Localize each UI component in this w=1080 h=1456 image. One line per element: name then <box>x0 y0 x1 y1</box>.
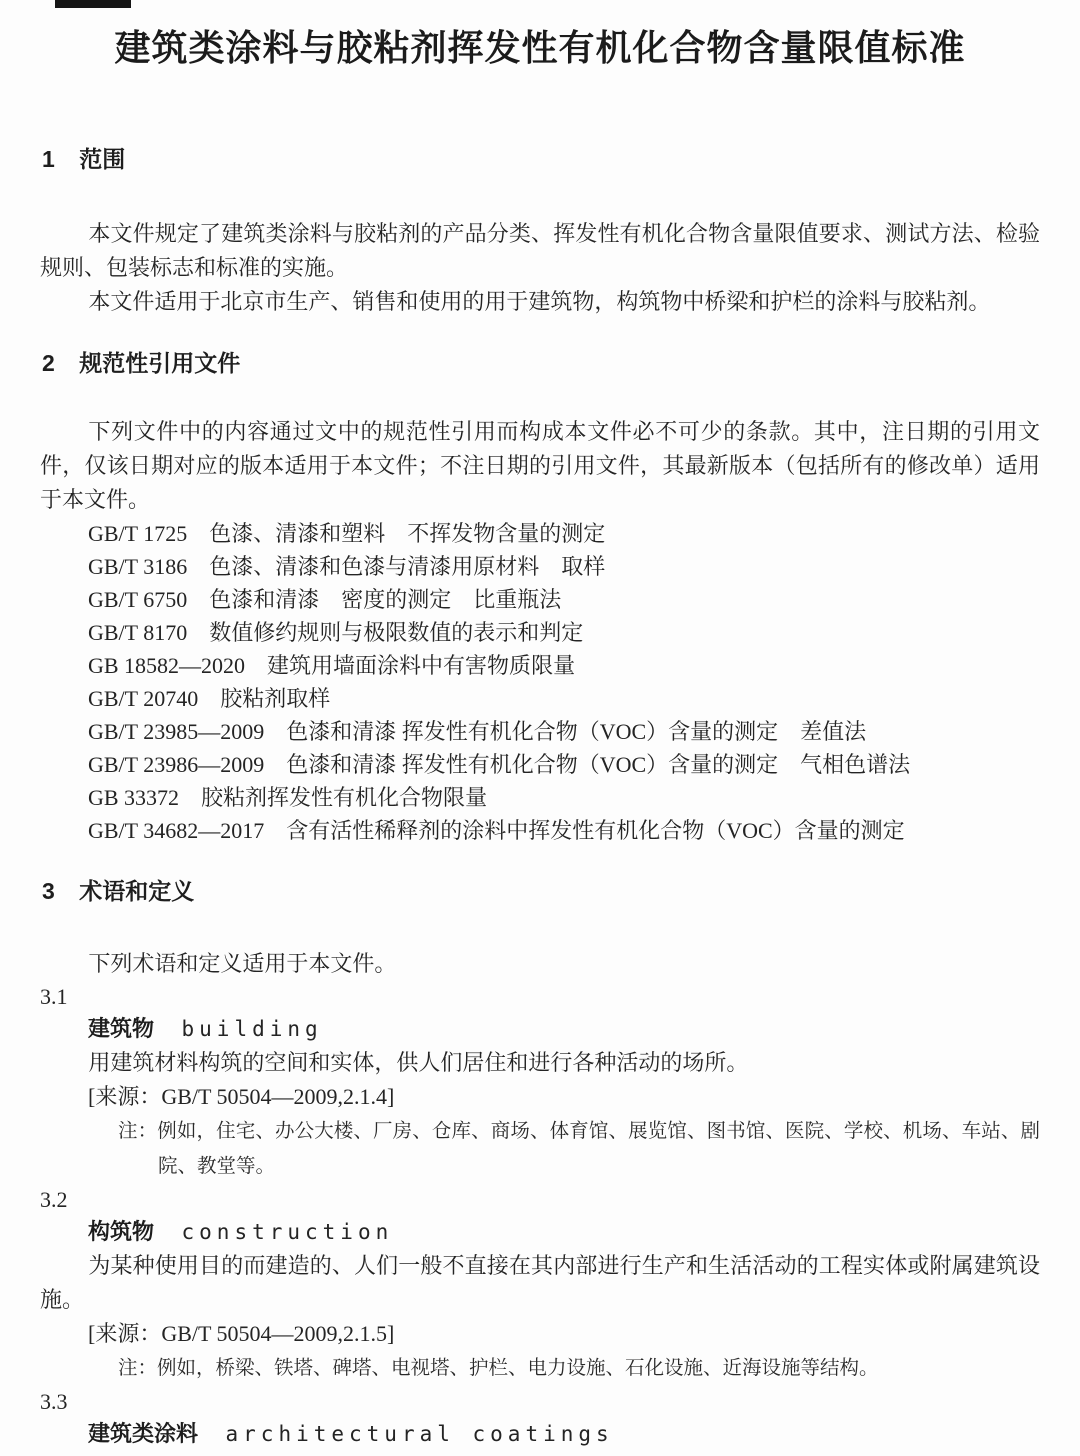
term-3-1-zh: 建筑物 <box>88 1016 154 1041</box>
term-3-2-title: 构筑物 construction <box>88 1215 1040 1249</box>
term-3-1-title: 建筑物 building <box>88 1012 1040 1046</box>
scope-paragraph-1: 本文件规定了建筑类涂料与胶粘剂的产品分类、挥发性有机化合物含量限值要求、测试方法… <box>40 217 1040 285</box>
term-3-2-number: 3.2 <box>40 1184 1040 1215</box>
term-block-3-1: 3.1 建筑物 building 用建筑材料构筑的空间和实体，供人们居住和进行各… <box>40 981 1040 1184</box>
section-1-heading: 1 范围 <box>40 146 1040 172</box>
reference-item-1: GB/T 1725 色漆、清漆和塑料 不挥发物含量的测定 <box>88 517 1040 550</box>
section-3-title: 术语和定义 <box>79 878 194 904</box>
term-3-2-en: construction <box>182 1220 394 1244</box>
reference-item-2: GB/T 3186 色漆、清漆和色漆与清漆用原材料 取样 <box>88 550 1040 583</box>
references-intro: 下列文件中的内容通过文中的规范性引用而构成本文件必不可少的条款。其中，注日期的引… <box>40 415 1040 517</box>
reference-item-4: GB/T 8170 数值修约规则与极限数值的表示和判定 <box>88 616 1040 649</box>
term-block-3-2: 3.2 构筑物 construction 为某种使用目的而建造的、人们一般不直接… <box>40 1184 1040 1386</box>
section-2-title: 规范性引用文件 <box>79 350 240 376</box>
reference-item-6: GB/T 20740 胶粘剂取样 <box>88 682 1040 715</box>
term-3-1-source: [来源：GB/T 50504—2009,2.1.4] <box>88 1080 1040 1114</box>
section-1-title: 范围 <box>79 146 125 172</box>
term-3-2-zh: 构筑物 <box>88 1219 154 1244</box>
section-2-number: 2 <box>42 350 55 376</box>
scope-paragraph-2: 本文件适用于北京市生产、销售和使用的用于建筑物，构筑物中桥梁和护栏的涂料与胶粘剂… <box>40 285 1040 319</box>
terms-intro: 下列术语和定义适用于本文件。 <box>40 947 1040 981</box>
section-1-number: 1 <box>42 146 55 172</box>
section-2-heading: 2 规范性引用文件 <box>40 350 1040 376</box>
document-title: 建筑类涂料与胶粘剂挥发性有机化合物含量限值标准 <box>40 0 1040 72</box>
reference-item-3: GB/T 6750 色漆和清漆 密度的测定 比重瓶法 <box>88 583 1040 616</box>
term-block-3-3: 3.3 建筑类涂料 architectural coatings <box>40 1386 1040 1451</box>
section-3-heading: 3 术语和定义 <box>40 878 1040 904</box>
reference-item-7: GB/T 23985—2009 色漆和清漆 挥发性有机化合物（VOC）含量的测定… <box>88 715 1040 748</box>
term-3-3-title: 建筑类涂料 architectural coatings <box>88 1417 1040 1451</box>
term-3-3-en: architectural coatings <box>226 1422 614 1446</box>
references-list: GB/T 1725 色漆、清漆和塑料 不挥发物含量的测定 GB/T 3186 色… <box>40 517 1040 847</box>
term-3-3-zh: 建筑类涂料 <box>88 1421 198 1446</box>
term-3-1-definition: 用建筑材料构筑的空间和实体，供人们居住和进行各种活动的场所。 <box>40 1046 1040 1080</box>
term-3-1-en: building <box>182 1017 323 1041</box>
reference-item-8: GB/T 23986—2009 色漆和清漆 挥发性有机化合物（VOC）含量的测定… <box>88 748 1040 781</box>
term-3-3-number: 3.3 <box>40 1386 1040 1417</box>
term-3-1-number: 3.1 <box>40 981 1040 1012</box>
reference-item-10: GB/T 34682—2017 含有活性稀释剂的涂料中挥发性有机化合物（VOC）… <box>88 814 1040 847</box>
reference-item-5: GB 18582—2020 建筑用墙面涂料中有害物质限量 <box>88 649 1040 682</box>
cropped-text-artifact <box>55 0 131 8</box>
term-3-2-source: [来源：GB/T 50504—2009,2.1.5] <box>88 1317 1040 1351</box>
section-3-number: 3 <box>42 878 55 904</box>
document-page: 建筑类涂料与胶粘剂挥发性有机化合物含量限值标准 1 范围 本文件规定了建筑类涂料… <box>0 0 1080 1456</box>
term-3-1-note: 注：例如，住宅、办公大楼、厂房、仓库、商场、体育馆、展览馆、图书馆、医院、学校、… <box>158 1114 1040 1184</box>
reference-item-9: GB 33372 胶粘剂挥发性有机化合物限量 <box>88 781 1040 814</box>
term-3-2-definition: 为某种使用目的而建造的、人们一般不直接在其内部进行生产和生活活动的工程实体或附属… <box>40 1249 1040 1317</box>
term-3-2-note: 注：例如，桥梁、铁塔、碑塔、电视塔、护栏、电力设施、石化设施、近海设施等结构。 <box>158 1351 1040 1386</box>
